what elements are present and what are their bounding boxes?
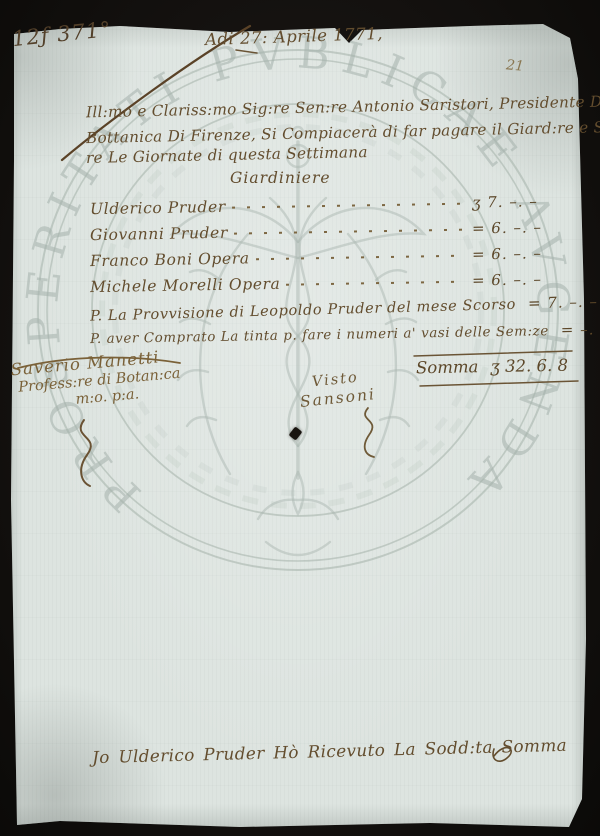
dotted-leader bbox=[234, 221, 466, 238]
ledger-name: Ulderico Pruder bbox=[90, 198, 226, 218]
total-line: Somma ʒ 32. 6. 8 bbox=[416, 357, 568, 379]
ledger-name: Giovanni Pruder bbox=[90, 224, 228, 244]
ledger-name: Franco Boni Opera bbox=[90, 249, 250, 270]
total-label: Somma bbox=[416, 358, 479, 378]
ledger-amount: = 6. –. – bbox=[472, 270, 566, 290]
dotted-leader bbox=[255, 247, 466, 264]
ledger-amount: = 6. –. – bbox=[472, 244, 566, 264]
ledger-amount: = –. 6. 8 bbox=[561, 320, 600, 339]
dotted-leader bbox=[286, 273, 466, 289]
section-heading: Giardiniere bbox=[230, 170, 331, 188]
ledger-amount: = 6. –. – bbox=[472, 218, 566, 238]
total-value: ʒ 32. 6. 8 bbox=[490, 357, 568, 377]
ledger-amount: ʒ 7. –. – bbox=[472, 192, 566, 212]
ledger-amount: = 7. –. – bbox=[528, 292, 598, 312]
ledger-name: Michele Morelli Opera bbox=[90, 275, 281, 296]
folio-number: 21 bbox=[505, 57, 524, 75]
scanned-manuscript-photo: PROSPERITATI PVBLICAE AVGENDAE bbox=[0, 0, 600, 836]
dotted-leader bbox=[232, 195, 466, 212]
